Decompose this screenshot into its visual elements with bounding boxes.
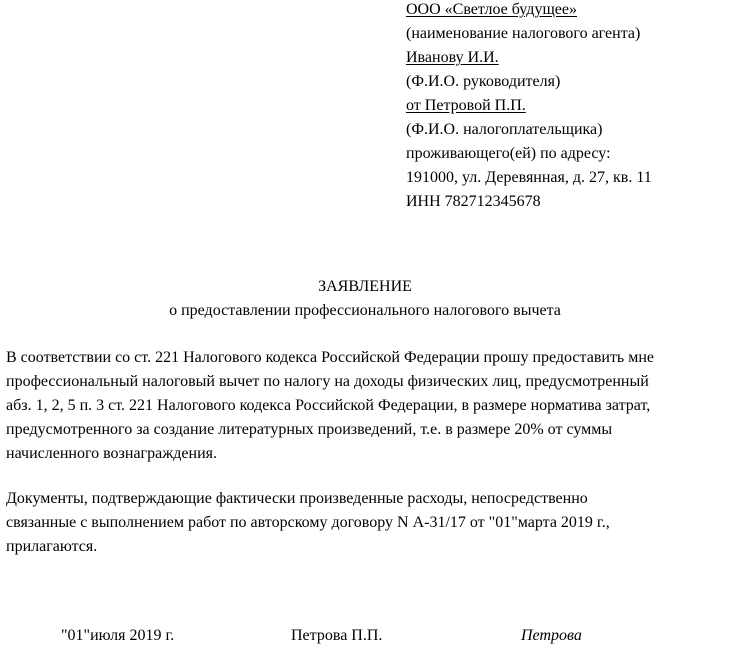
director-caption: (Ф.И.О. руководителя) xyxy=(406,70,652,94)
tax-agent-caption: (наименование налогового агента) xyxy=(406,22,652,46)
request-paragraph: В соответствии со ст. 221 Налогового код… xyxy=(6,346,734,466)
taxpayer-caption: (Ф.И.О. налогоплательщика) xyxy=(406,118,652,142)
applicant-name: от Петровой П.П. xyxy=(406,94,652,118)
paragraph-line: прилагаются. xyxy=(6,535,734,559)
document-title: ЗАЯВЛЕНИЕ xyxy=(0,278,730,296)
director-name: Иванову И.И. xyxy=(406,46,652,70)
inn: ИНН 782712345678 xyxy=(406,190,652,214)
paragraph-line: Документы, подтверждающие фактически про… xyxy=(6,487,734,511)
paragraph-line: профессиональный налоговый вычет по нало… xyxy=(6,370,734,394)
tax-agent-name: ООО «Светлое будущее» xyxy=(406,0,652,22)
signature-date: "01"июля 2019 г. xyxy=(61,627,174,645)
address-label: проживающего(ей) по адресу: xyxy=(406,142,652,166)
handwritten-signature: Петрова xyxy=(521,627,582,645)
paragraph-line: абз. 1, 2, 5 п. 3 ст. 221 Налогового код… xyxy=(6,394,734,418)
paragraph-line: В соответствии со ст. 221 Налогового код… xyxy=(6,346,734,370)
paragraph-line: связанные с выполнением работ по авторск… xyxy=(6,511,734,535)
document-subtitle: о предоставлении профессионального налог… xyxy=(0,302,730,320)
paragraph-line: начисленного вознаграждения. xyxy=(6,442,734,466)
addressee-block: ООО «Светлое будущее» (наименование нало… xyxy=(406,0,652,214)
address: 191000, ул. Деревянная, д. 27, кв. 11 xyxy=(406,166,652,190)
signer-name: Петрова П.П. xyxy=(291,627,382,645)
attachments-paragraph: Документы, подтверждающие фактически про… xyxy=(6,487,734,559)
paragraph-line: предусмотренного за создание литературны… xyxy=(6,418,734,442)
